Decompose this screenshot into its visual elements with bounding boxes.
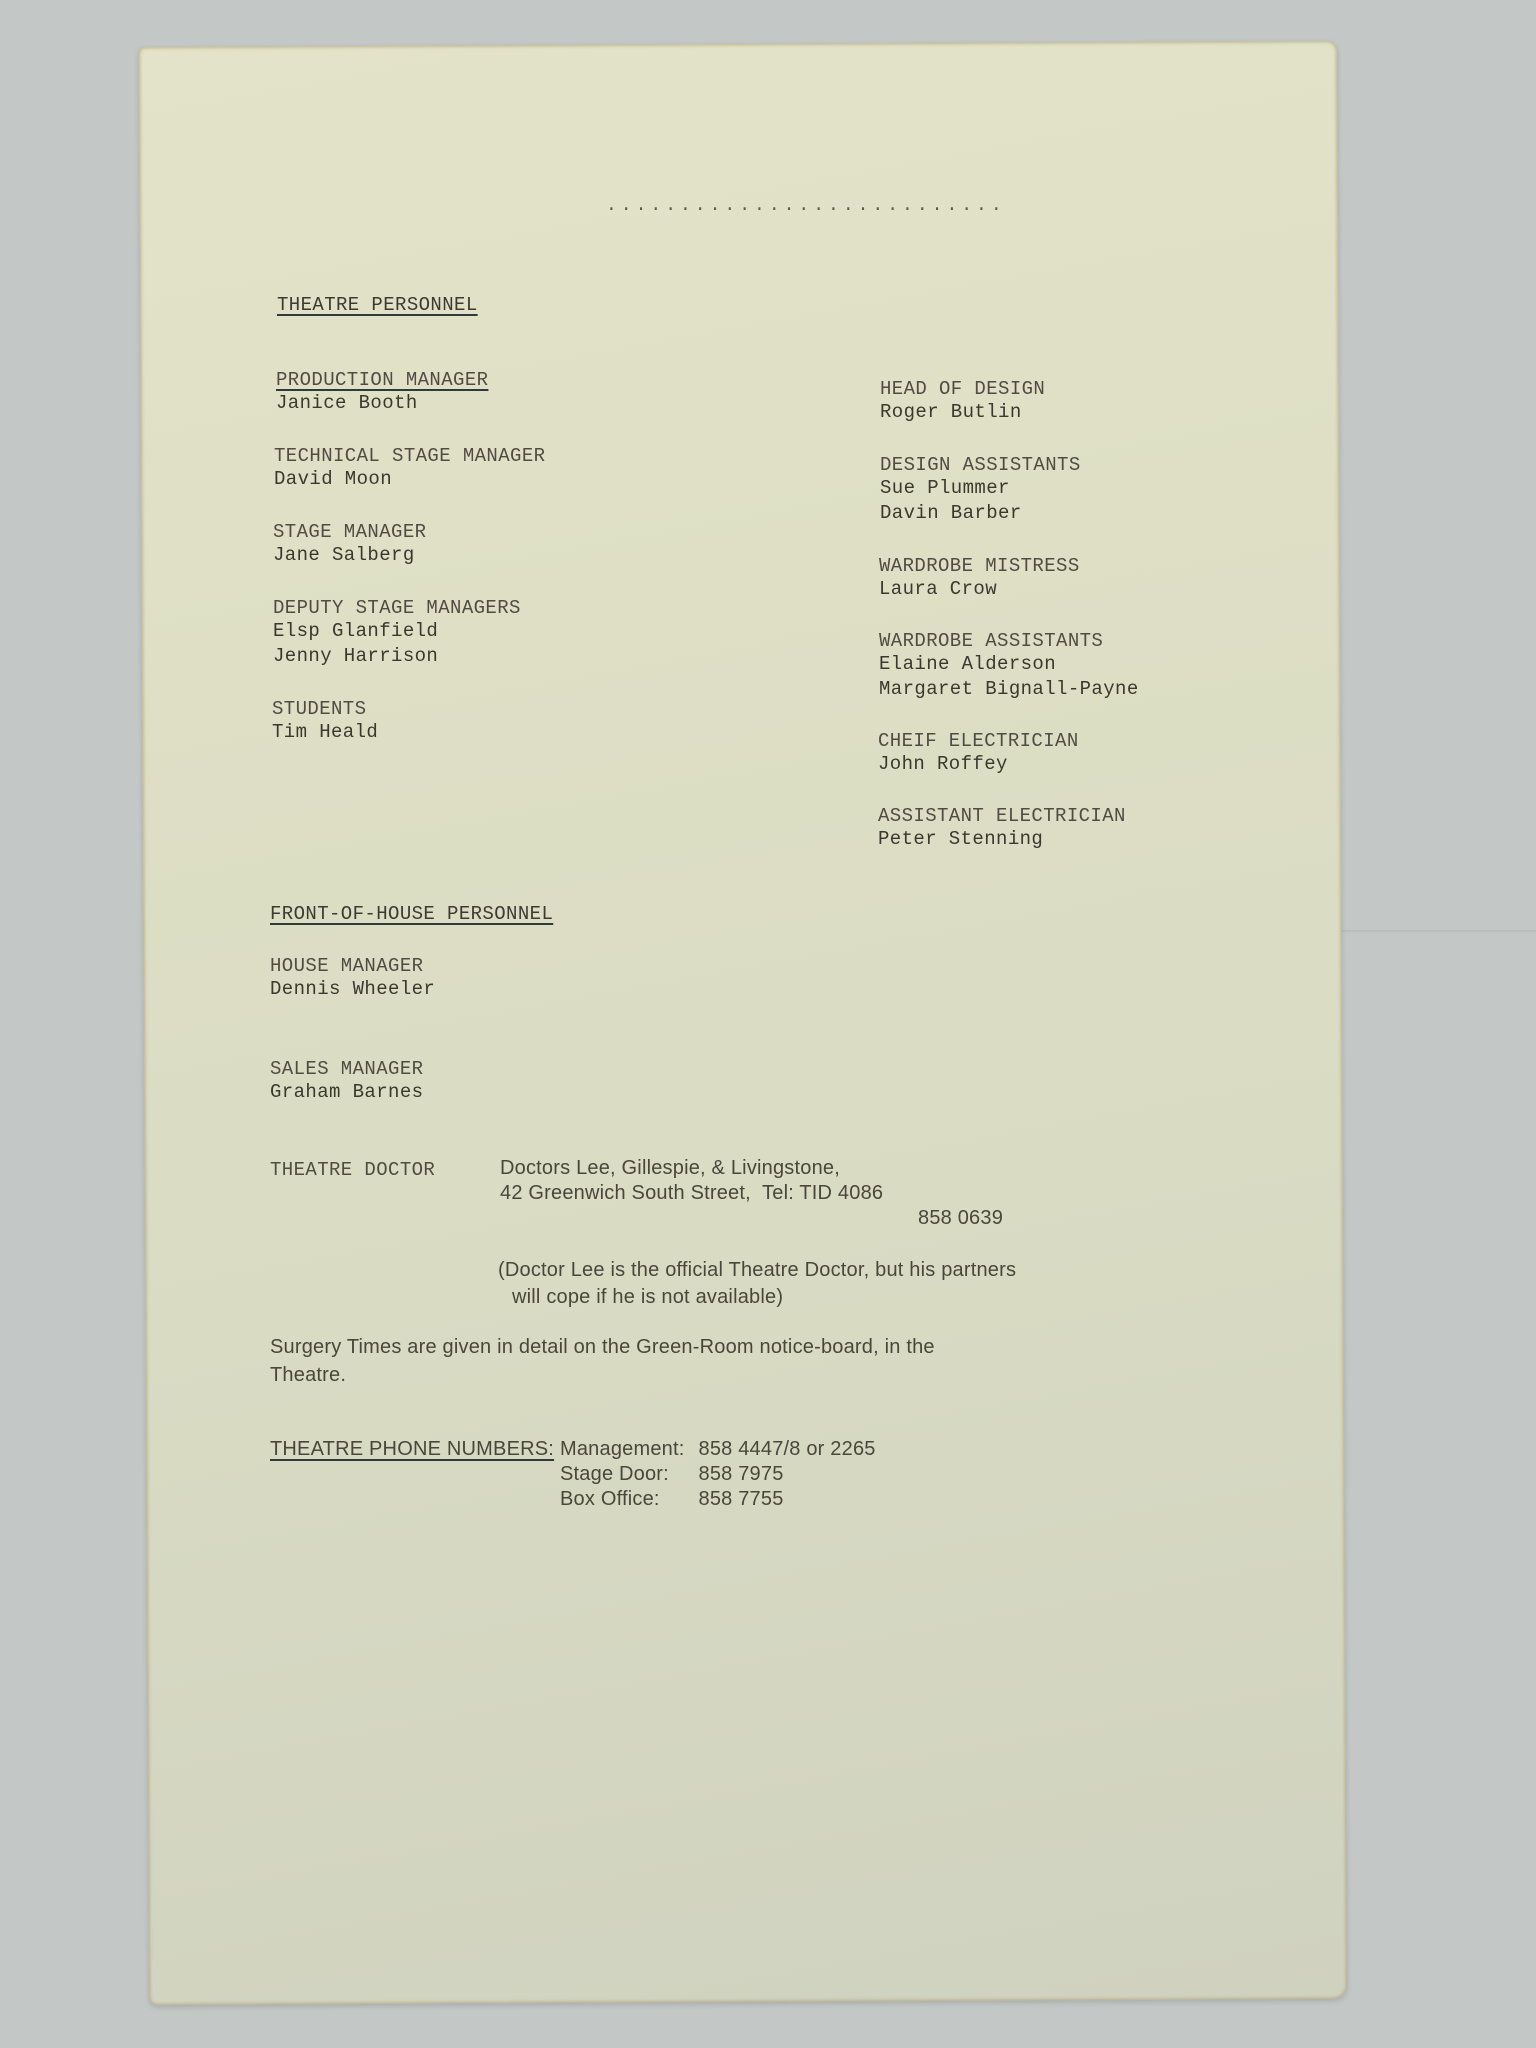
person-name: Elsp Glanfield [273,619,521,644]
person-name: Margaret Bignall-Payne [879,677,1139,702]
role-label: TECHNICAL STAGE MANAGER [274,445,545,467]
phone-value: 858 7975 [699,1463,890,1488]
role-label: HOUSE MANAGER [270,955,435,977]
role-label: WARDROBE ASSISTANTS [879,630,1139,652]
personnel-entry: PRODUCTION MANAGER Janice Booth [276,369,488,416]
doctor-phone-alt: 858 0639 [918,1207,1003,1230]
personnel-entry: ASSISTANT ELECTRICIAN Peter Stenning [878,805,1126,852]
surgery-note-line-1: Surgery Times are given in detail on the… [270,1336,935,1359]
phone-value: 858 4447/8 or 2265 [699,1438,890,1463]
phone-label: Management: [560,1438,699,1463]
role-label: HEAD OF DESIGN [880,378,1045,400]
role-label: CHEIF ELECTRICIAN [878,730,1079,752]
phone-value: 858 7755 [699,1488,890,1513]
personnel-entry: STUDENTS Tim Heald [272,698,378,745]
person-name: Davin Barber [880,501,1081,526]
person-name: David Moon [274,467,545,492]
phone-label: Box Office: [560,1488,699,1513]
person-name: Laura Crow [879,577,1080,602]
personnel-entry: WARDROBE ASSISTANTS Elaine Alderson Marg… [879,630,1139,702]
phone-numbers-table: Management: 858 4447/8 or 2265 Stage Doo… [560,1438,890,1513]
person-name: Peter Stenning [878,827,1126,852]
role-label: DEPUTY STAGE MANAGERS [273,597,521,619]
person-name: Jenny Harrison [273,644,521,669]
phone-numbers-heading: THEATRE PHONE NUMBERS: [270,1438,554,1461]
person-name: Dennis Wheeler [270,977,435,1002]
personnel-entry: HOUSE MANAGER Dennis Wheeler [270,955,435,1002]
section-heading-front-of-house: FRONT-OF-HOUSE PERSONNEL [270,903,553,925]
role-label: STUDENTS [272,698,378,720]
doctor-note-line-1: (Doctor Lee is the official Theatre Doct… [498,1259,1016,1282]
doctor-practice-name: Doctors Lee, Gillespie, & Livingstone, [500,1157,840,1180]
doctor-address: 42 Greenwich South Street, Tel: TID 4086 [500,1182,883,1205]
person-name: Graham Barnes [270,1080,423,1105]
phone-row: Stage Door: 858 7975 [560,1463,890,1488]
person-name: Jane Salberg [273,543,426,568]
document: ........................... THEATRE PERS… [0,0,1536,2048]
role-label: STAGE MANAGER [273,521,426,543]
doctor-note-line-2: will cope if he is not available) [512,1286,783,1309]
phone-label: Stage Door: [560,1463,699,1488]
personnel-entry: DESIGN ASSISTANTS Sue Plummer Davin Barb… [880,454,1081,526]
role-label: SALES MANAGER [270,1058,423,1080]
section-heading-theatre-personnel: THEATRE PERSONNEL [277,294,478,316]
role-label: ASSISTANT ELECTRICIAN [878,805,1126,827]
personnel-entry: CHEIF ELECTRICIAN John Roffey [878,730,1079,777]
personnel-entry: SALES MANAGER Graham Barnes [270,1058,423,1105]
personnel-entry: HEAD OF DESIGN Roger Butlin [880,378,1045,425]
surgery-note-line-2: Theatre. [270,1364,346,1387]
role-label: WARDROBE MISTRESS [879,555,1080,577]
person-name: Elaine Alderson [879,652,1139,677]
phone-row: Management: 858 4447/8 or 2265 [560,1438,890,1463]
person-name: Tim Heald [272,720,378,745]
person-name: Roger Butlin [880,400,1045,425]
person-name: John Roffey [878,752,1079,777]
person-name: Sue Plummer [880,476,1081,501]
personnel-entry: STAGE MANAGER Jane Salberg [273,521,426,568]
role-label: DESIGN ASSISTANTS [880,454,1081,476]
role-label: PRODUCTION MANAGER [276,369,488,391]
theatre-doctor-label: THEATRE DOCTOR [270,1159,435,1181]
person-name: Janice Booth [276,391,488,416]
personnel-entry: DEPUTY STAGE MANAGERS Elsp Glanfield Jen… [273,597,521,669]
phone-row: Box Office: 858 7755 [560,1488,890,1513]
dotted-rule: ........................... [606,196,1006,216]
personnel-entry: WARDROBE MISTRESS Laura Crow [879,555,1080,602]
personnel-entry: TECHNICAL STAGE MANAGER David Moon [274,445,545,492]
